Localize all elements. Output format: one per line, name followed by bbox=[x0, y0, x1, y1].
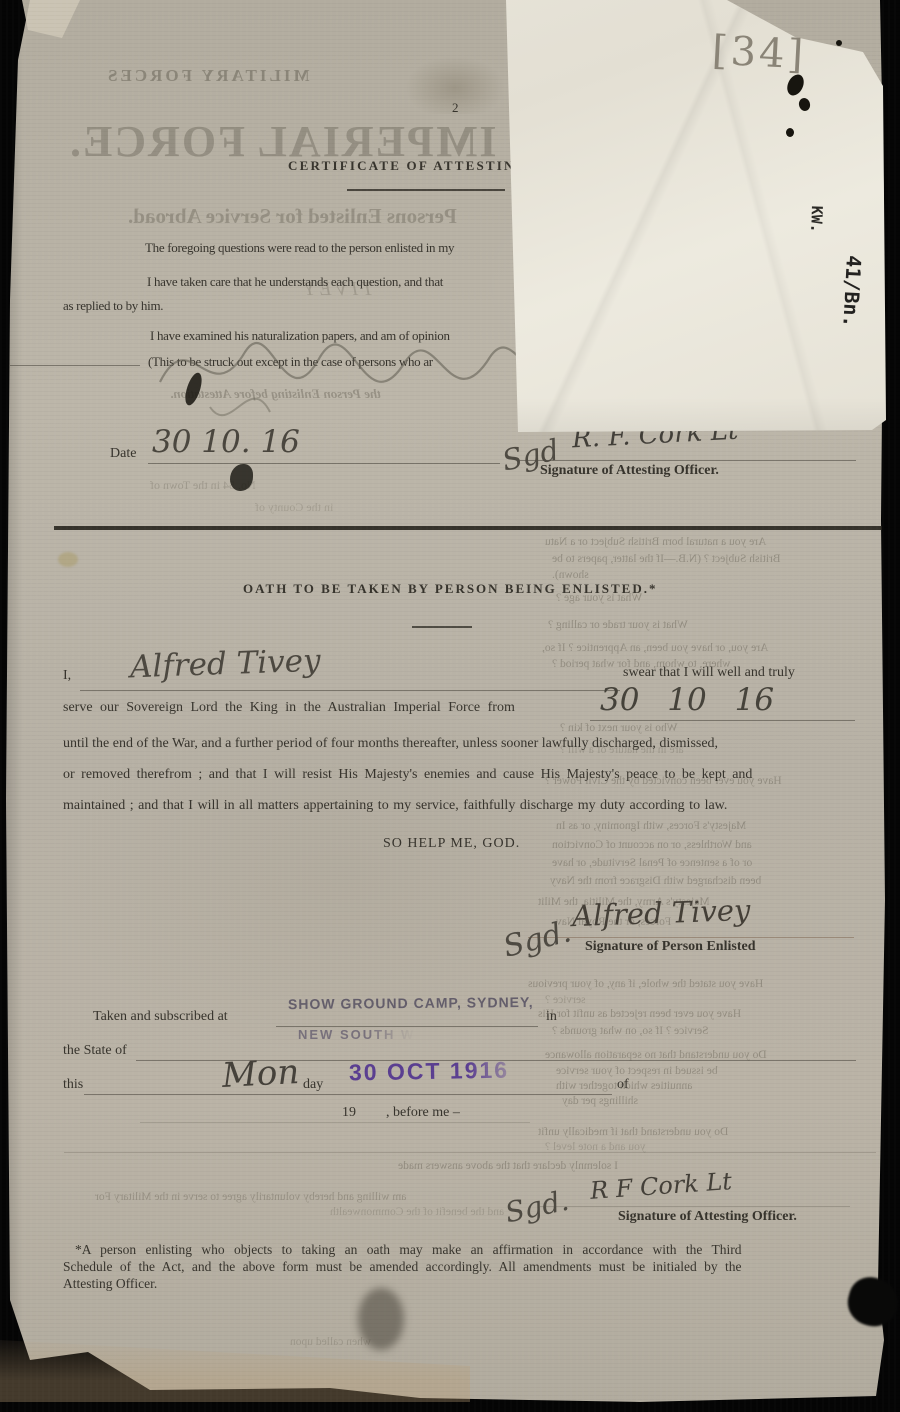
battalion-annotation: 41/Bn. bbox=[838, 255, 866, 328]
ink-smudge bbox=[798, 97, 812, 112]
kw-annotation: KW. bbox=[807, 205, 826, 233]
ink-dot bbox=[836, 40, 842, 46]
page-ref-annotation: [34] bbox=[711, 28, 807, 79]
scanned-attestation-document: MILITARY FORCESIMPERIAL FORCE.Persons En… bbox=[0, 0, 900, 1412]
ink-smudge bbox=[786, 128, 794, 137]
